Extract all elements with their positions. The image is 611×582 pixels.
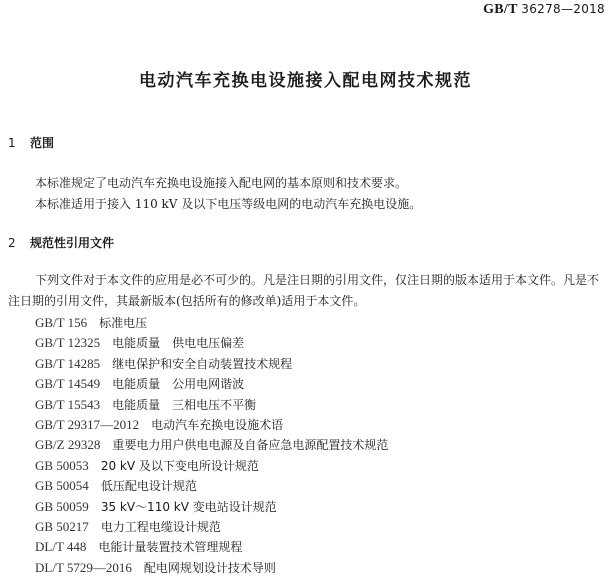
- reference-item: GB/Z 29328重要电力用户供电电源及自备应急电源配置技术规范: [35, 435, 388, 455]
- standard-identifier: GB/T 36278—2018: [483, 2, 605, 18]
- reference-item: GB/T 14549电能质量 公用电网谐波: [35, 374, 388, 394]
- reference-name: 20 kV 及以下变电所设计规范: [101, 459, 259, 473]
- reference-name: 电能质量 供电电压偏差: [112, 336, 244, 350]
- reference-code: GB/T 29317—2012: [35, 417, 139, 432]
- section-heading-normative-references: 2规范性引用文件: [8, 234, 114, 251]
- reference-item: GB 50054低压配电设计规范: [35, 476, 388, 496]
- reference-name: 低压配电设计规范: [101, 479, 197, 493]
- reference-name: 电能质量 三相电压不平衡: [112, 398, 256, 412]
- reference-name: 电动汽车充换电设施术语: [151, 418, 283, 432]
- reference-code: GB/T 12325: [35, 335, 100, 350]
- reference-item: DL/T 5729—2016配电网规划设计技术导则: [35, 558, 388, 578]
- reference-name: 继电保护和安全自动装置技术规程: [112, 357, 292, 371]
- standard-number: 36278—2018: [521, 2, 605, 16]
- paragraph: 本标准适用于接入 110 kV 及以下电压等级电网的电动汽车充换电设施。: [8, 194, 602, 215]
- reference-item: GB/T 12325电能质量 供电电压偏差: [35, 333, 388, 353]
- section-title: 范围: [30, 136, 54, 150]
- paragraph: 下列文件对于本文件的应用是必不可少的。凡是注日期的引用文件，仅注日期的版本适用于…: [8, 270, 602, 312]
- reference-name: 标准电压: [99, 316, 147, 330]
- reference-code: GB/T 14285: [35, 356, 100, 371]
- reference-item: GB/T 14285继电保护和安全自动装置技术规程: [35, 354, 388, 374]
- reference-code: GB/T 14549: [35, 376, 100, 391]
- reference-name: 35 kV～110 kV 变电站设计规范: [101, 500, 277, 514]
- reference-code: GB 50053: [35, 458, 89, 473]
- reference-item: GB/T 15543电能质量 三相电压不平衡: [35, 395, 388, 415]
- reference-name: 电能计量装置技术管理规程: [98, 540, 242, 554]
- reference-item: DL/T 448电能计量装置技术管理规程: [35, 537, 388, 557]
- section-heading-scope: 1范围: [8, 134, 54, 151]
- reference-name: 重要电力用户供电电源及自备应急电源配置技术规范: [112, 438, 388, 452]
- paragraph: 本标准规定了电动汽车充换电设施接入配电网的基本原则和技术要求。: [8, 173, 602, 194]
- reference-name: 电能质量 公用电网谐波: [112, 377, 244, 391]
- reference-name: 配电网规划设计技术导则: [144, 561, 276, 575]
- section-title: 规范性引用文件: [30, 236, 114, 250]
- reference-list: GB/T 156标准电压 GB/T 12325电能质量 供电电压偏差 GB/T …: [35, 313, 388, 578]
- standard-prefix: GB/T: [483, 2, 517, 17]
- section-number: 2: [8, 236, 30, 250]
- reference-code: GB/T 156: [35, 315, 87, 330]
- reference-item: GB 50217电力工程电缆设计规范: [35, 517, 388, 537]
- scope-body: 本标准规定了电动汽车充换电设施接入配电网的基本原则和技术要求。 本标准适用于接入…: [8, 173, 602, 215]
- reference-item: GB/T 29317—2012电动汽车充换电设施术语: [35, 415, 388, 435]
- normative-references-intro: 下列文件对于本文件的应用是必不可少的。凡是注日期的引用文件，仅注日期的版本适用于…: [8, 270, 602, 312]
- reference-code: DL/T 448: [35, 539, 86, 554]
- document-title: 电动汽车充换电设施接入配电网技术规范: [0, 66, 611, 91]
- reference-code: DL/T 5729—2016: [35, 560, 132, 575]
- reference-item: GB 5005320 kV 及以下变电所设计规范: [35, 456, 388, 476]
- reference-code: GB/Z 29328: [35, 437, 100, 452]
- reference-item: GB 5005935 kV～110 kV 变电站设计规范: [35, 497, 388, 517]
- reference-item: GB/T 156标准电压: [35, 313, 388, 333]
- reference-name: 电力工程电缆设计规范: [101, 520, 221, 534]
- reference-code: GB 50217: [35, 519, 89, 534]
- reference-code: GB 50059: [35, 499, 89, 514]
- reference-code: GB 50054: [35, 478, 89, 493]
- reference-code: GB/T 15543: [35, 397, 100, 412]
- section-number: 1: [8, 136, 30, 150]
